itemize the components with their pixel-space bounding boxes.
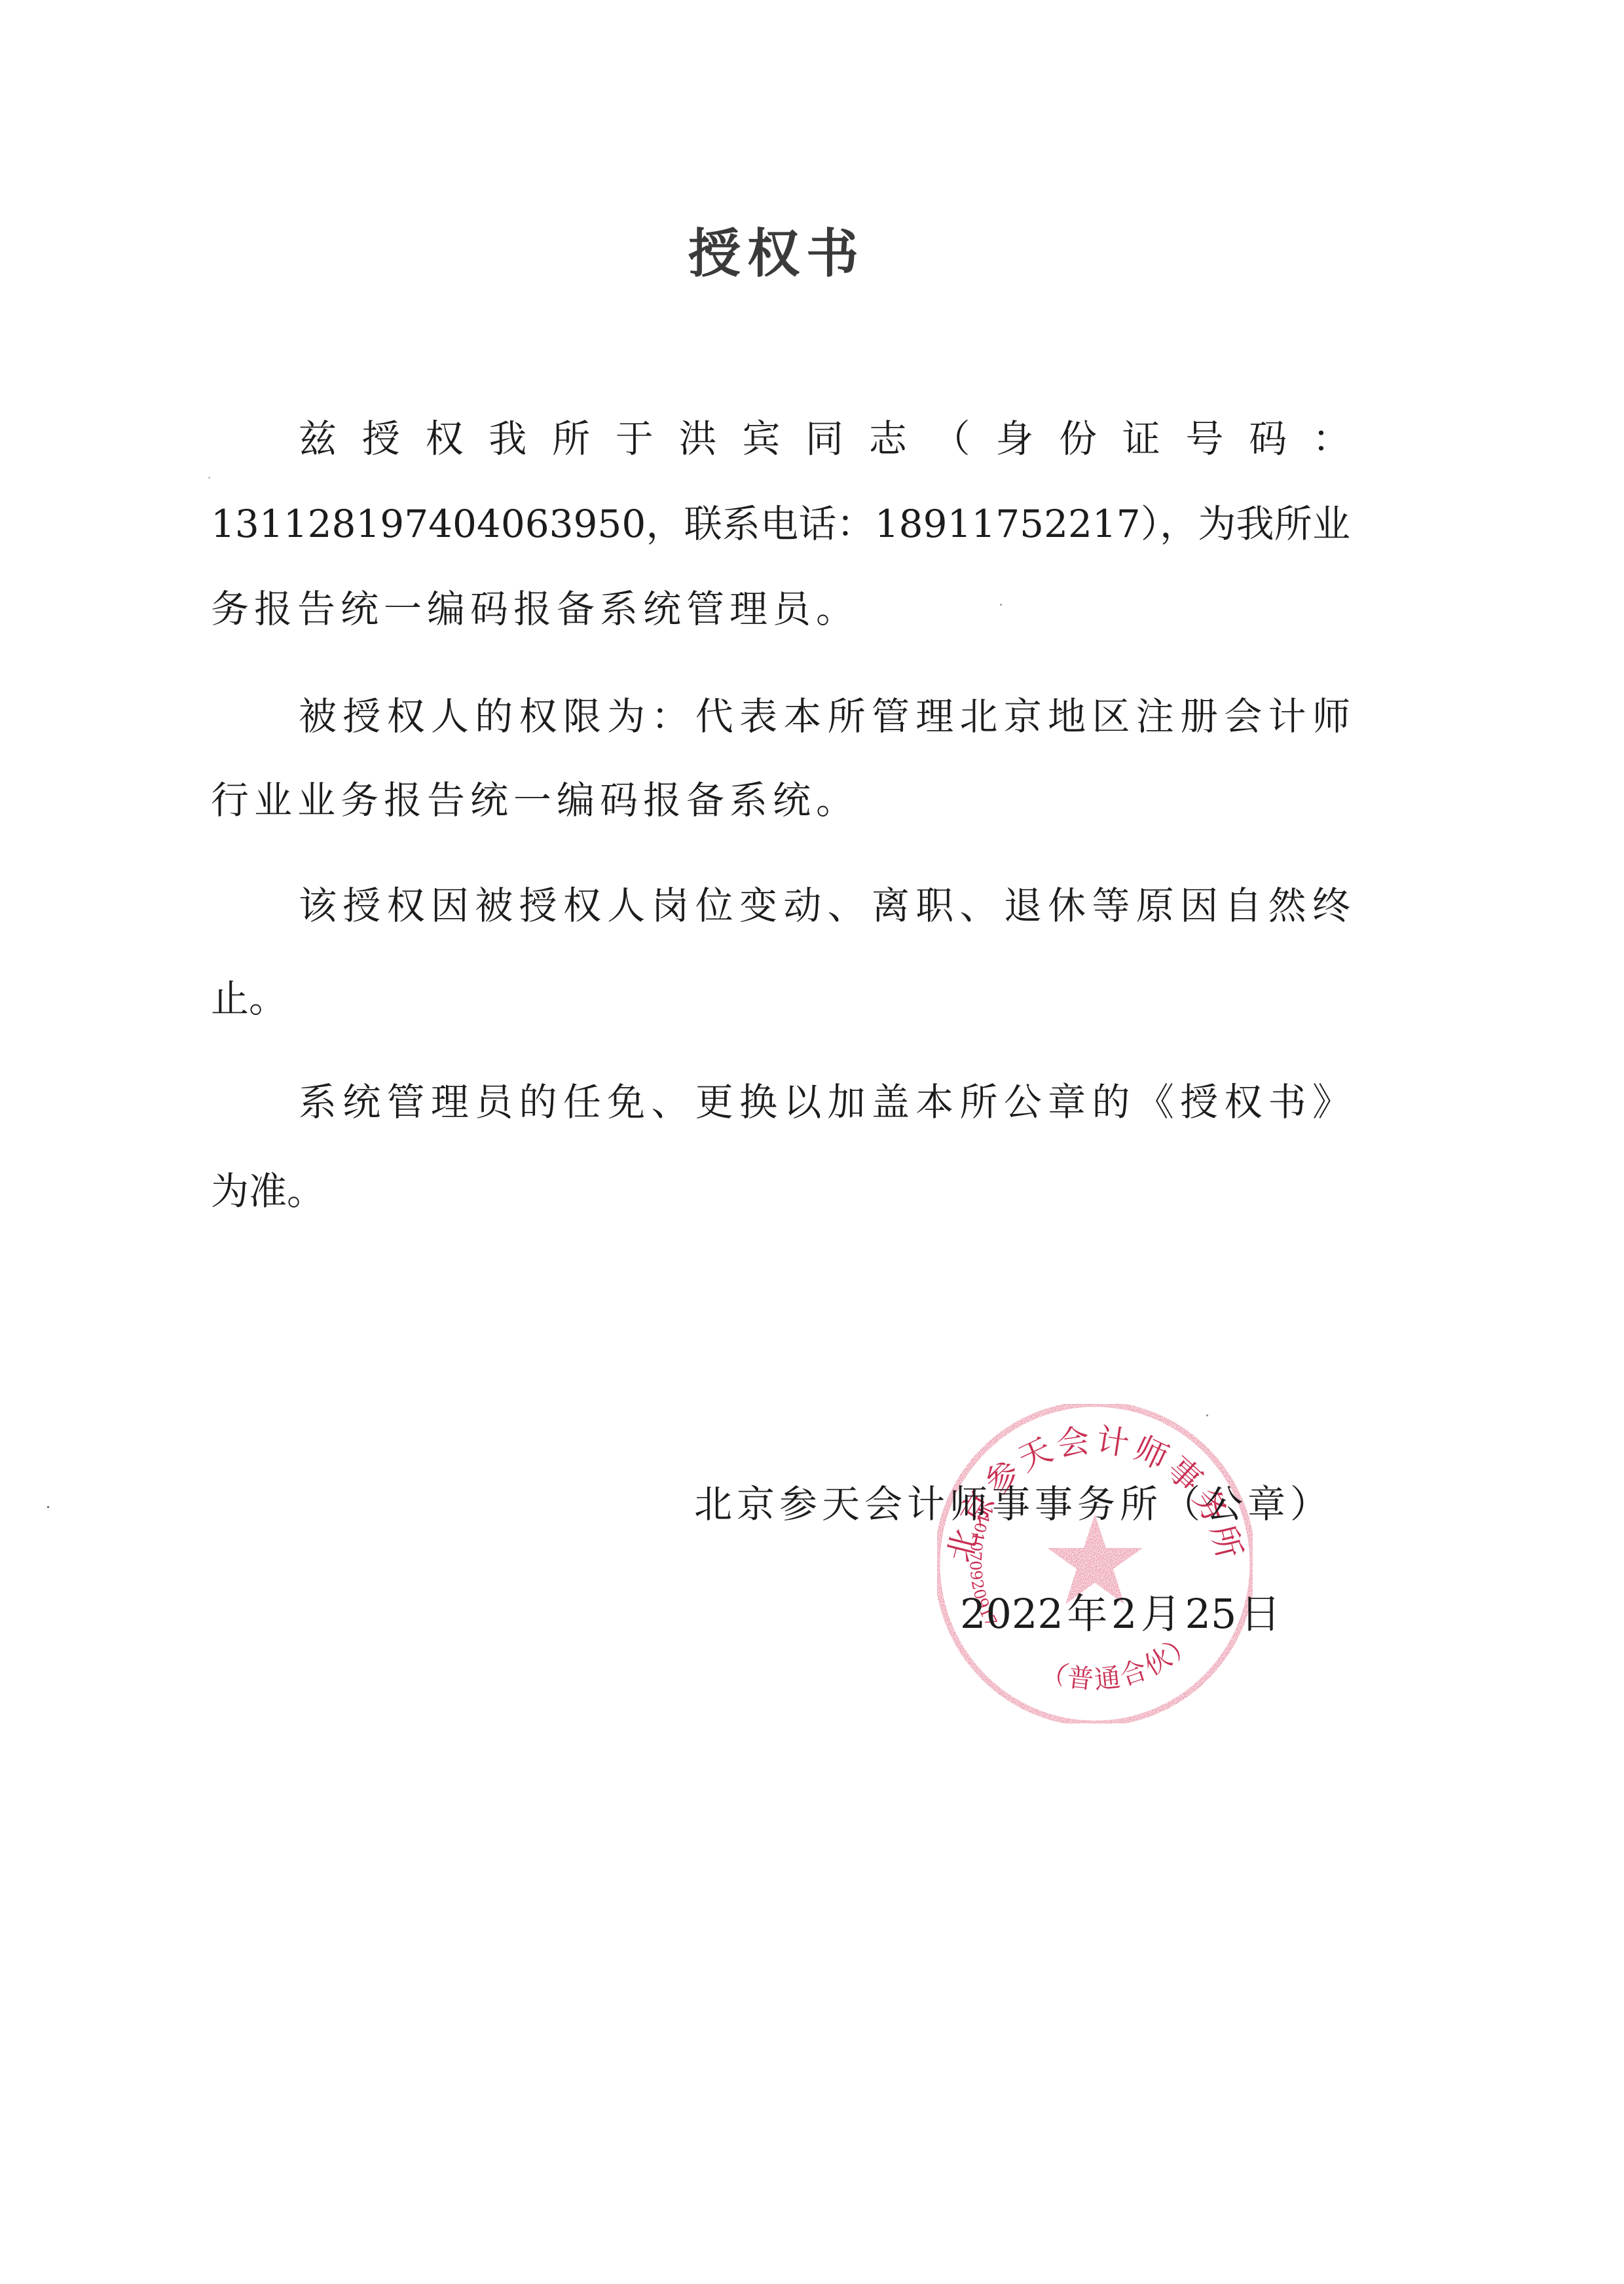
official-seal-icon: 北京参天会计师事务所 （普通合伙） 1101070920917 xyxy=(931,1400,1259,1727)
paragraph-2-line-2: 行业业务报告统一编码报备系统。 xyxy=(211,777,859,823)
date-month: 2 xyxy=(1111,1591,1137,1637)
date-year: 2022 xyxy=(960,1591,1063,1637)
date-day-label: 日 xyxy=(1240,1591,1281,1637)
paragraph-3-line-2: 止。 xyxy=(211,976,287,1022)
issuer-signature: 北京参天会计师事事务所（公章） xyxy=(694,1481,1333,1527)
paragraph-4-line-1: 系统管理员的任免、更换以加盖本所公章的《授权书》 xyxy=(299,1079,1350,1125)
scan-speck xyxy=(47,1506,49,1508)
document-title: 授权书 xyxy=(0,221,1553,287)
paragraph-4-line-2: 为准。 xyxy=(211,1168,325,1214)
paragraph-1-line-2: 131128197404063950，联系电话：18911752217），为我所… xyxy=(211,501,1350,547)
scan-speck xyxy=(208,477,210,479)
date-year-label: 年 xyxy=(1067,1591,1107,1637)
date-month-label: 月 xyxy=(1141,1591,1181,1637)
paragraph-1-line-1: 兹授权我所于洪宾同志（身份证号码： xyxy=(299,416,1350,462)
paragraph-3-line-1: 该授权因被授权人岗位变动、离职、退休等原因自然终 xyxy=(299,883,1350,929)
issue-date: 2022 年 2 月 25 日 xyxy=(960,1591,1281,1637)
document-page: 授权书 兹授权我所于洪宾同志（身份证号码： 131128197404063950… xyxy=(0,0,1624,2284)
date-day: 25 xyxy=(1185,1591,1236,1637)
scan-speck xyxy=(1000,604,1002,606)
paragraph-1-line-3: 务报告统一编码报备系统管理员。 xyxy=(211,586,859,632)
paragraph-2-line-1: 被授权人的权限为：代表本所管理北京地区注册会计师 xyxy=(299,693,1350,739)
